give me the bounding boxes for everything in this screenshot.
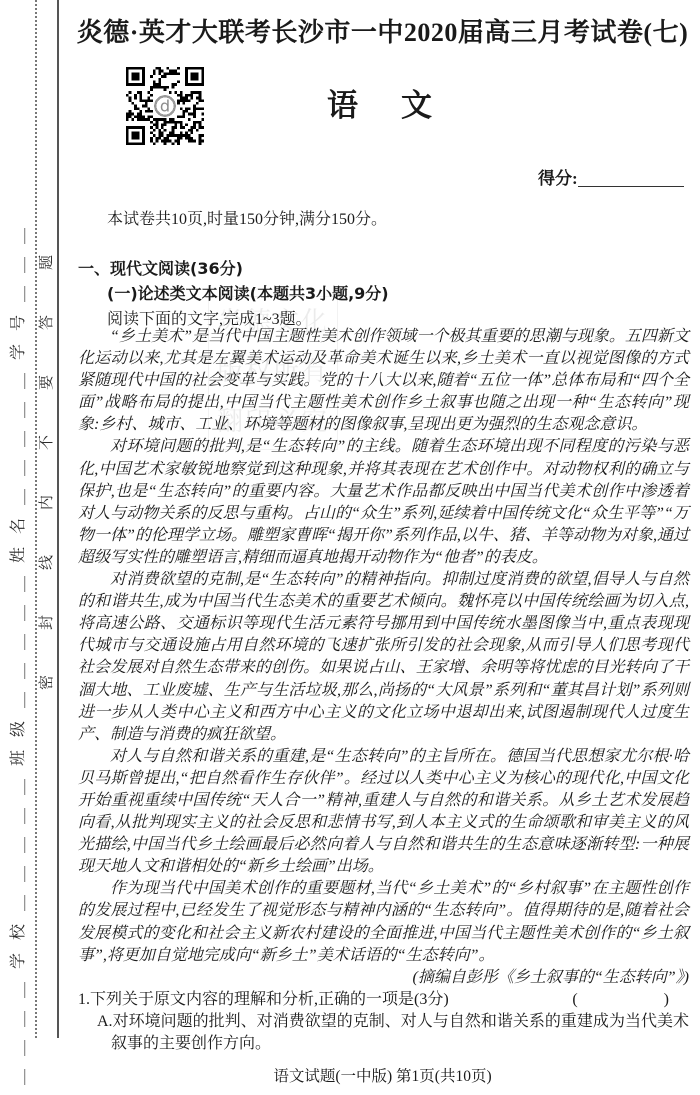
passage-attribution: (摘编自彭彤《乡土叙事的“生态转向”》) <box>78 967 689 989</box>
section-heading: 一、现代文阅读(36分) <box>78 256 243 279</box>
passage-paragraph: “乡土美术”是当代中国主题性美术创作领域一个极其重要的思潮与现象。五四新文化运动… <box>78 326 689 436</box>
option-a-label: A. <box>97 1013 113 1030</box>
exam-page: ＿＿＿＿学校＿＿＿＿＿班级＿＿＿＿＿姓名＿＿＿＿＿学号＿＿＿ 密封线内不要答题 … <box>0 0 700 1095</box>
seal-solid-line <box>57 0 59 1038</box>
passage-paragraph: 对环境问题的批判,是“生态转向”的主线。随着生态环境出现不同程度的污染与恶化,中… <box>78 436 689 569</box>
score-label: 得分: <box>538 169 578 188</box>
exam-info: 本试卷共10页,时量150分钟,满分150分。 <box>107 206 387 229</box>
seal-notice: 密封线内不要答题 <box>37 0 58 1095</box>
question-1-text: 1.下列关于原文内容的理解和分析,正确的一项是(3分) <box>78 991 449 1008</box>
passage-paragraph: 对消费欲望的克制,是“生态转向”的精神指向。抑制过度消费的欲望,倡导人与自然的和… <box>78 569 689 746</box>
score-row: 得分: <box>538 164 684 189</box>
option-a-text: 对环境问题的批判、对消费欲望的克制、对人与自然和谐关系的重建成为当代美术叙事的主… <box>111 1013 689 1052</box>
binding-student-fields: ＿＿＿＿学校＿＿＿＿＿班级＿＿＿＿＿姓名＿＿＿＿＿学号＿＿＿ <box>0 0 37 1095</box>
answer-bracket: ( ) <box>572 989 687 1011</box>
question-1-stem: 1.下列关于原文内容的理解和分析,正确的一项是(3分) ( ) <box>78 989 689 1011</box>
question-1-option-a: A.对环境问题的批判、对消费欲望的克制、对人与自然和谐关系的重建成为当代美术叙事… <box>78 1011 689 1055</box>
page-footer: 语文试题(一中版) 第1页(共10页) <box>75 1064 690 1086</box>
subject-title: 语 文 <box>75 80 690 125</box>
subsection-heading: (一)论述类文本阅读(本题共3小题,9分) <box>107 281 389 304</box>
passage-paragraph: 作为现当代中国美术创作的重要题材,当代“乡土美术”的“乡村叙事”在主题性创作的发… <box>78 878 689 966</box>
passage-paragraph: 对人与自然和谐关系的重建,是“生态转向”的主旨所在。德国当代思想家尤尔根·哈贝马… <box>78 746 689 879</box>
score-blank-line <box>578 185 684 187</box>
paper-title: 炎德·英才大联考长沙市一中2020届高三月考试卷(七) <box>75 12 690 49</box>
reading-passage: “乡土美术”是当代中国主题性美术创作领域一个极其重要的思潮与现象。五四新文化运动… <box>78 326 689 1055</box>
